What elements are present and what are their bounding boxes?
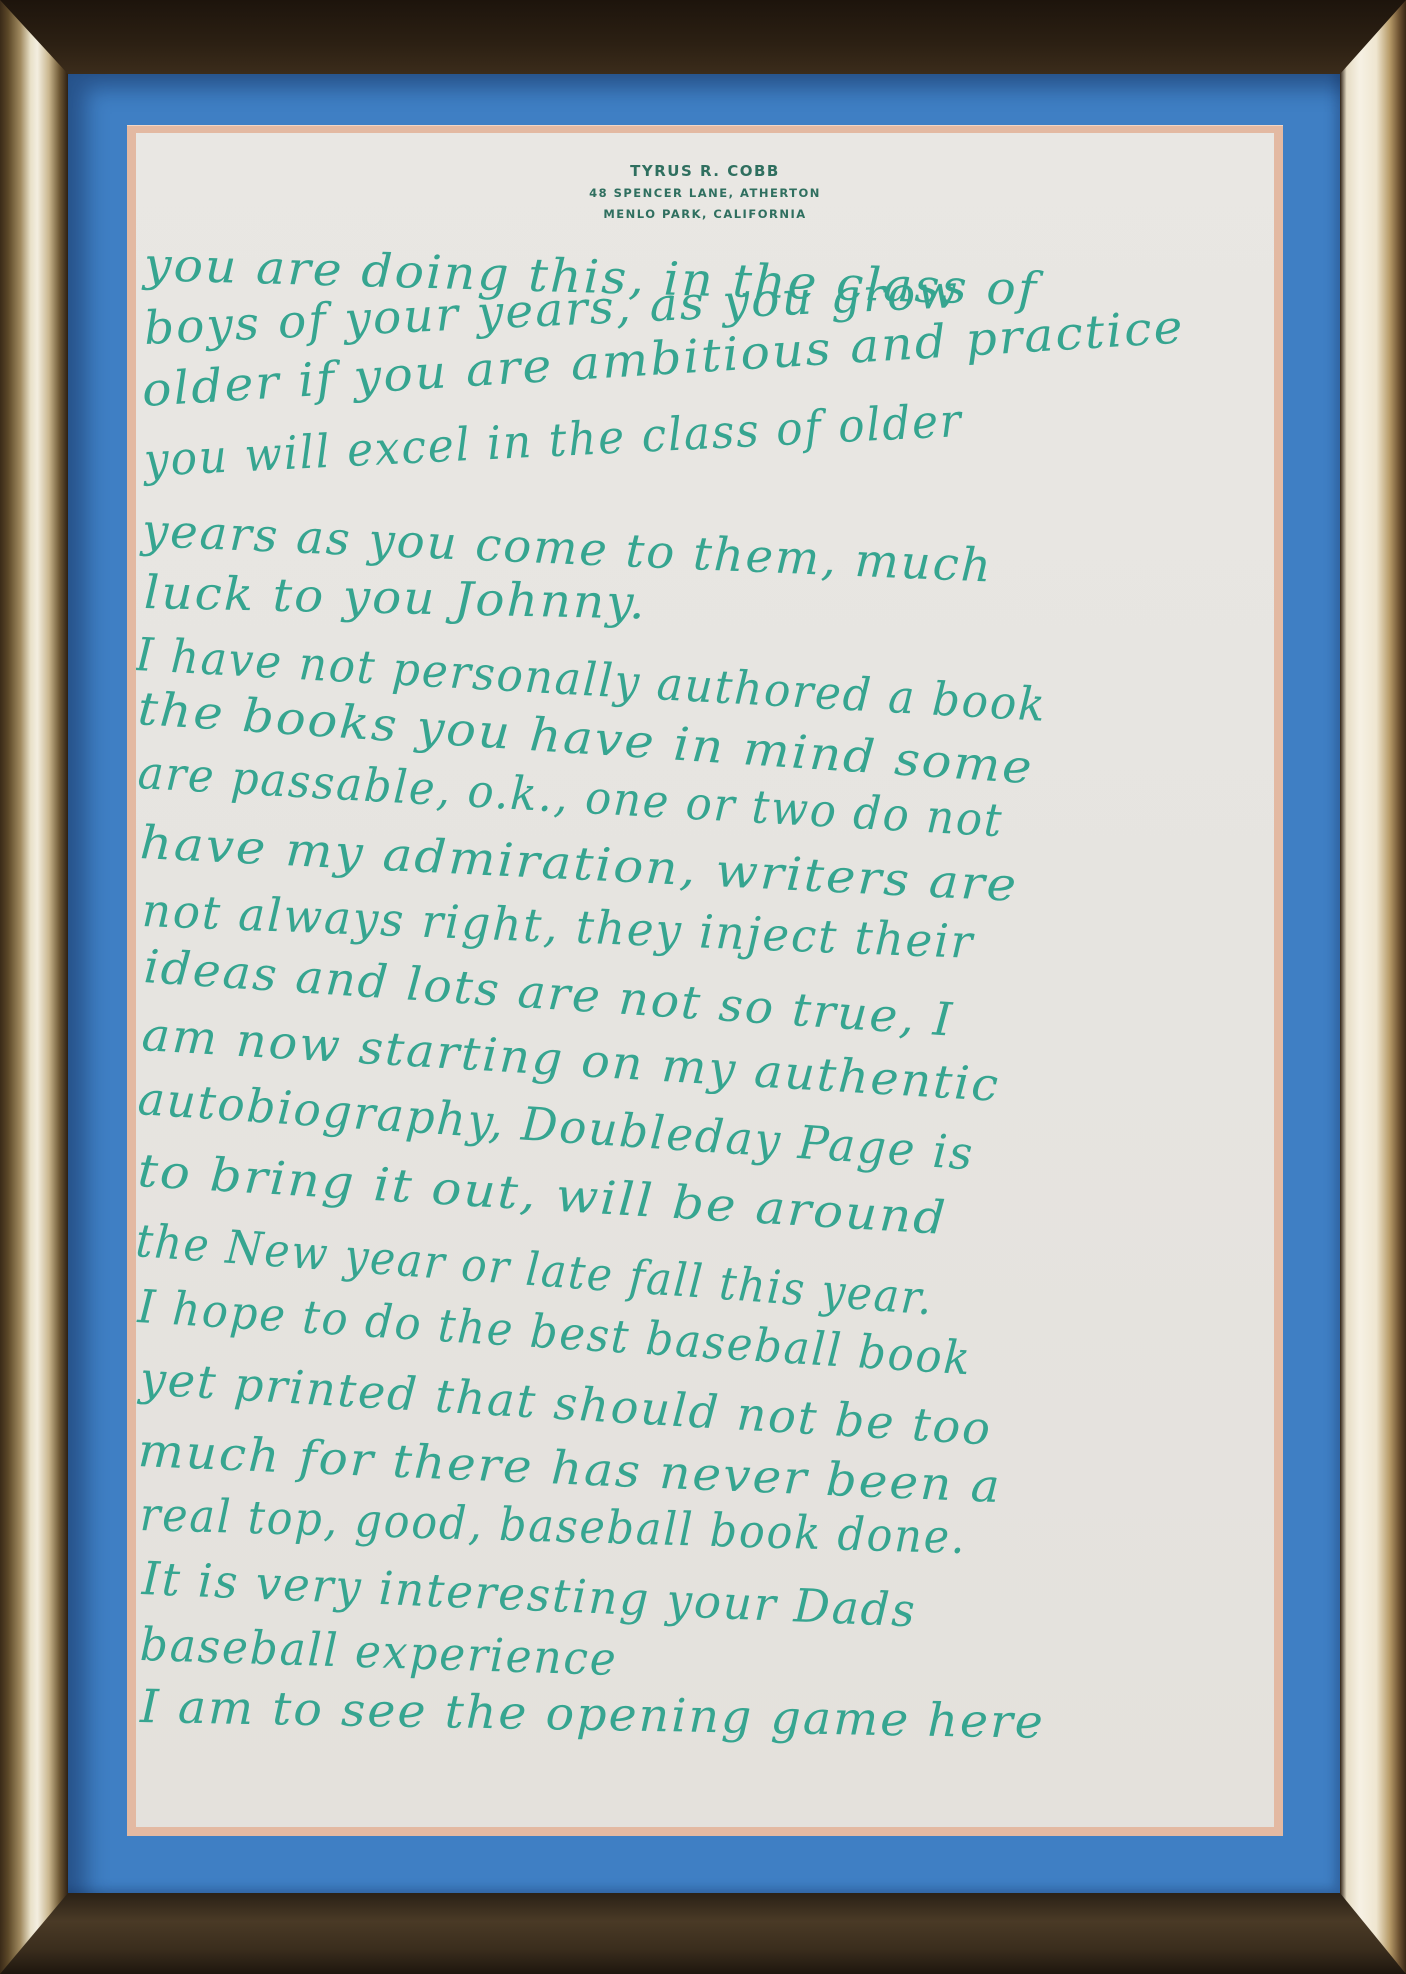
frame-left-rail — [0, 0, 68, 1974]
handwritten-line: luck to you Johnny. — [143, 565, 647, 630]
handwritten-line: I am to see the opening game here — [140, 1679, 1046, 1749]
frame-right-rail — [1340, 0, 1406, 1974]
handwritten-line: baseball experience — [139, 1617, 618, 1686]
handwritten-body: you are doing this, in the class of boys… — [136, 133, 1274, 1827]
frame-bottom-rail — [0, 1893, 1406, 1974]
frame-top-rail — [0, 0, 1406, 74]
letter-paper: TYRUS R. COBB 48 SPENCER LANE, ATHERTON … — [136, 133, 1274, 1827]
